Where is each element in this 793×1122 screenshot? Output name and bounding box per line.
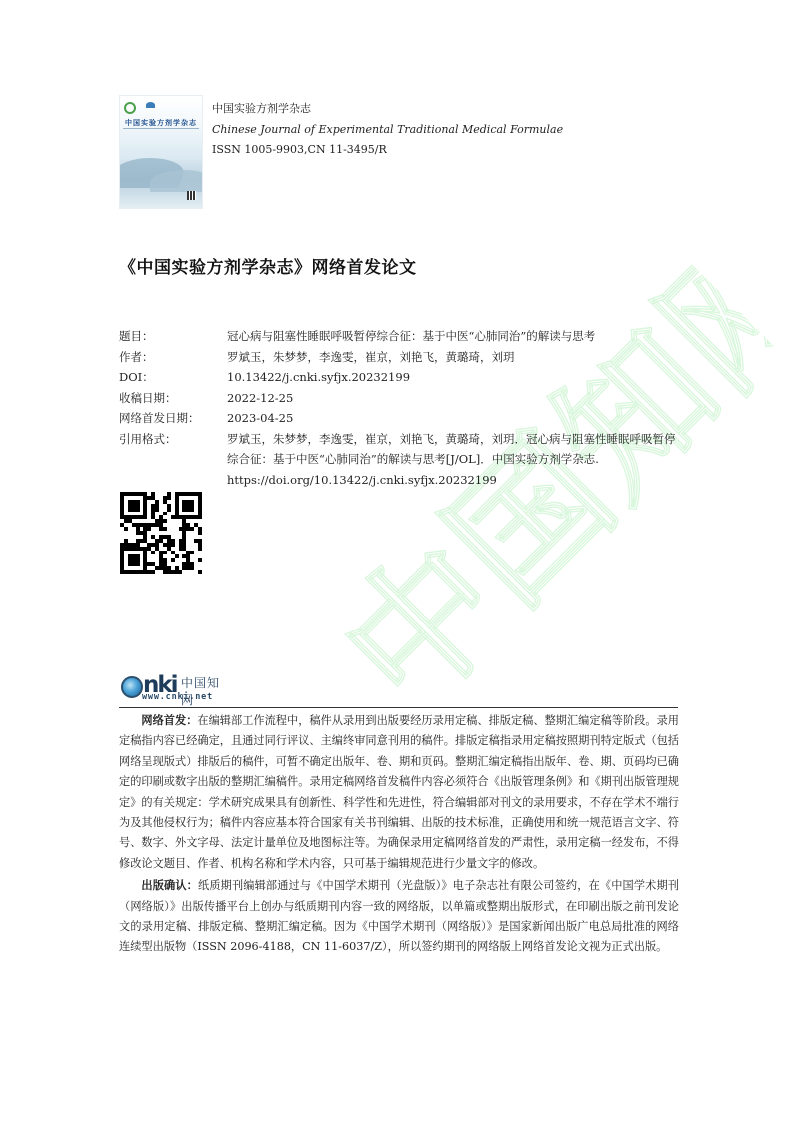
citation-format: 罗斌玉，朱梦梦，李逸雯，崔京，刘艳飞，黄璐琦，刘玥．冠心病与阻塞性睡眠呼吸暂停综… — [227, 429, 679, 491]
publication-confirm-paragraph: 出版确认：纸质期刊编辑部通过与《中国学术期刊（光盘版）》电子杂志社有限公司签约，… — [119, 876, 679, 958]
publication-notice: 网络首发：在编辑部工作流程中，稿件从录用到出版要经历录用定稿、排版定稿、整期汇编… — [119, 711, 679, 958]
journal-name-en: Chinese Journal of Experimental Traditio… — [212, 120, 572, 141]
article-title: 冠心病与阻塞性睡眠呼吸暂停综合征：基于中医“心肺同治”的解读与思考 — [227, 326, 679, 347]
article-doi[interactable]: 10.13422/j.cnki.syfjx.20232199 — [227, 367, 679, 388]
online-first-text: 在编辑部工作流程中，稿件从录用到出版要经历录用定稿、排版定稿、整期汇编定稿等阶段… — [119, 714, 679, 870]
meta-row-title: 题目： 冠心病与阻塞性睡眠呼吸暂停综合征：基于中医“心肺同治”的解读与思考 — [119, 326, 679, 347]
cnki-logo: nki 中国知网 www.cnki.net — [121, 672, 231, 704]
cnki-watermark: 中国知网 — [267, 207, 793, 773]
meta-row-online-date: 网络首发日期： 2023-04-25 — [119, 408, 679, 429]
article-metadata: 题目： 冠心病与阻塞性睡眠呼吸暂停综合征：基于中医“心肺同治”的解读与思考 作者… — [119, 326, 679, 490]
journal-issn: ISSN 1005-9903,CN 11-3495/R — [212, 140, 572, 161]
journal-cover-image: 中国实验方剂学杂志 — [119, 95, 203, 209]
publication-confirm-label: 出版确认： — [141, 879, 198, 892]
meta-label: DOI： — [119, 367, 227, 388]
online-first-date: 2023-04-25 — [227, 408, 679, 429]
journal-name-cn: 中国实验方剂学杂志 — [212, 99, 572, 120]
qr-code[interactable] — [120, 492, 202, 574]
meta-row-citation: 引用格式： 罗斌玉，朱梦梦，李逸雯，崔京，刘艳飞，黄璐琦，刘玥．冠心病与阻塞性睡… — [119, 429, 679, 491]
cover-qr-icon — [187, 191, 196, 200]
online-first-paragraph: 网络首发：在编辑部工作流程中，稿件从录用到出版要经历录用定稿、排版定稿、整期汇编… — [119, 711, 679, 874]
publication-confirm-text: 纸质期刊编辑部通过与《中国学术期刊（光盘版）》电子杂志社有限公司签约，在《中国学… — [119, 879, 679, 953]
meta-row-received: 收稿日期： 2022-12-25 — [119, 388, 679, 409]
cnki-globe-icon — [121, 676, 143, 698]
divider-line — [119, 707, 678, 708]
cover-divider — [123, 128, 199, 129]
cover-emblem-icon — [146, 102, 155, 108]
cover-mountain-art-2 — [150, 170, 203, 192]
meta-label: 作者： — [119, 347, 227, 368]
meta-row-authors: 作者： 罗斌玉，朱梦梦，李逸雯，崔京，刘艳飞，黄璐琦，刘玥 — [119, 347, 679, 368]
cover-title: 中国实验方剂学杂志 — [123, 118, 199, 128]
cover-logo-icon — [124, 102, 136, 114]
meta-label: 网络首发日期： — [119, 408, 227, 429]
article-authors: 罗斌玉，朱梦梦，李逸雯，崔京，刘艳飞，黄璐琦，刘玥 — [227, 347, 679, 368]
page-title: 《中国实验方剂学杂志》网络首发论文 — [119, 253, 417, 278]
meta-label: 收稿日期： — [119, 388, 227, 409]
meta-label: 引用格式： — [119, 429, 227, 491]
online-first-label: 网络首发： — [141, 714, 197, 727]
cnki-url: www.cnki.net — [142, 692, 213, 702]
cnki-logo-cn: 中国知网 — [181, 674, 231, 708]
meta-row-doi: DOI： 10.13422/j.cnki.syfjx.20232199 — [119, 367, 679, 388]
received-date: 2022-12-25 — [227, 388, 679, 409]
meta-label: 题目： — [119, 326, 227, 347]
journal-info: 中国实验方剂学杂志 Chinese Journal of Experimenta… — [212, 99, 572, 161]
